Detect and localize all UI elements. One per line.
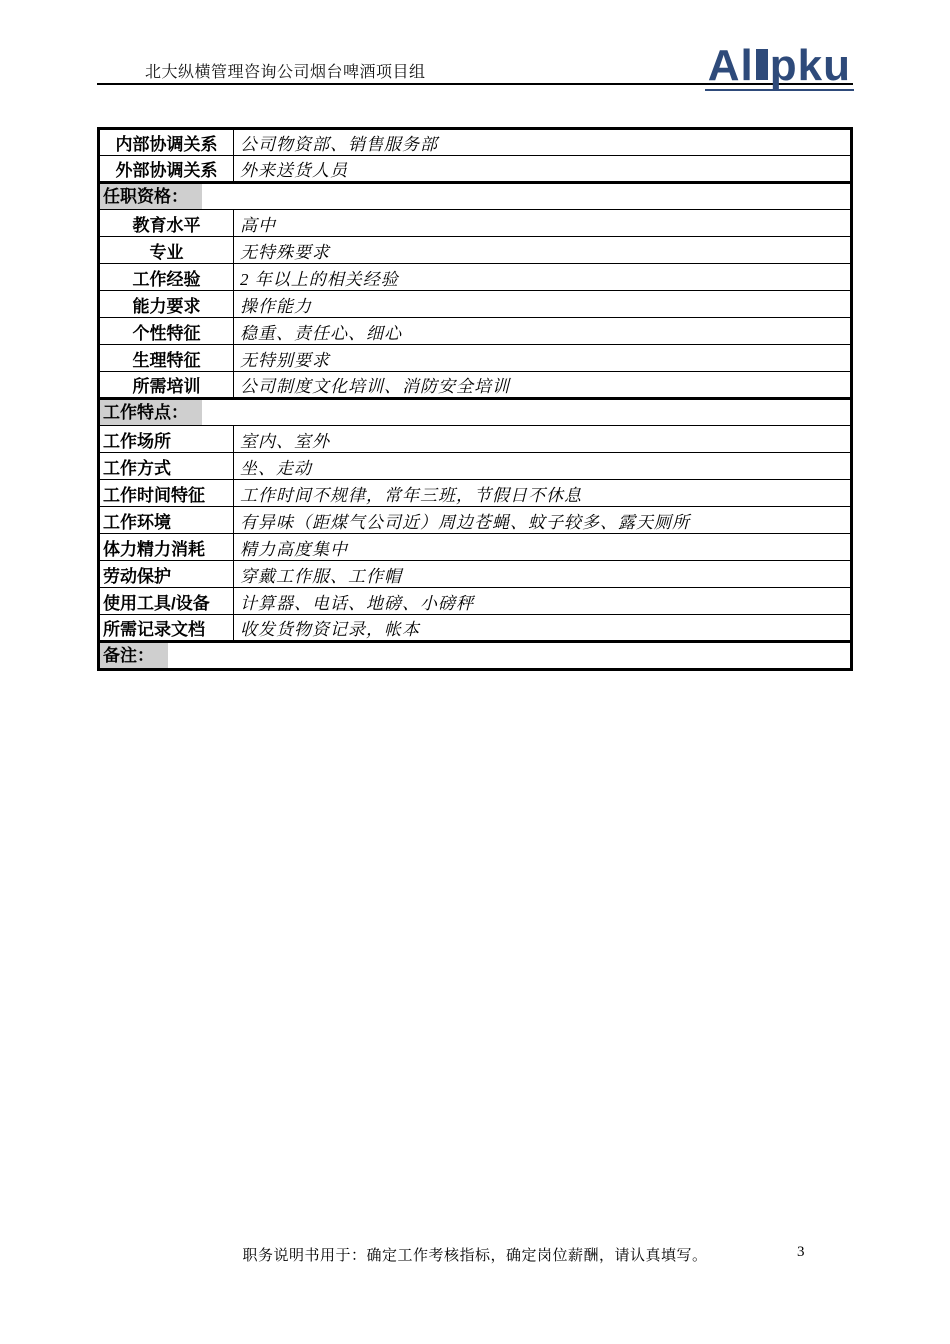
row-label: 工作环境 [99, 507, 234, 534]
row-value: 室内、室外 [234, 426, 852, 453]
row-label: 使用工具/设备 [99, 588, 234, 615]
table-row: 工作环境有异味（距煤气公司近）周边苍蝇、蚊子较多、露天厕所 [99, 507, 852, 534]
row-value: 公司制度文化培训、消防安全培训 [234, 372, 852, 399]
row-value: 坐、走动 [234, 453, 852, 480]
row-value: 2 年以上的相关经验 [234, 264, 852, 291]
logo-block-glyph [756, 49, 768, 80]
row-value: 稳重、责任心、细心 [234, 318, 852, 345]
logo-text-left: Al [708, 41, 754, 90]
row-value: 公司物资部、销售服务部 [234, 129, 852, 156]
section-header-label: 备注： [100, 643, 168, 668]
row-label: 所需培训 [99, 372, 234, 399]
job-table-body: 内部协调关系公司物资部、销售服务部外部协调关系外来送货人员任职资格：教育水平高中… [99, 129, 852, 670]
table-row: 生理特征无特别要求 [99, 345, 852, 372]
section-header-cell: 任职资格： [99, 183, 852, 210]
table-row: 能力要求操作能力 [99, 291, 852, 318]
footer-note: 职务说明书用于：确定工作考核指标，确定岗位薪酬，请认真填写。 [97, 1244, 853, 1265]
table-row: 所需记录文档收发货物资记录，帐本 [99, 615, 852, 642]
section-header-label: 工作特点： [100, 400, 202, 425]
row-label: 所需记录文档 [99, 615, 234, 642]
row-value: 无特别要求 [234, 345, 852, 372]
row-label: 个性特征 [99, 318, 234, 345]
row-value: 工作时间不规律，常年三班，节假日不休息 [234, 480, 852, 507]
row-label: 工作时间特征 [99, 480, 234, 507]
row-label: 能力要求 [99, 291, 234, 318]
row-value: 有异味（距煤气公司近）周边苍蝇、蚊子较多、露天厕所 [234, 507, 852, 534]
row-value: 穿戴工作服、工作帽 [234, 561, 852, 588]
table-row: 体力精力消耗精力高度集中 [99, 534, 852, 561]
row-value: 高中 [234, 210, 852, 237]
page-number: 3 [797, 1244, 805, 1261]
section-row: 备注： [99, 642, 852, 670]
page-header-title: 北大纵横管理咨询公司烟台啤酒项目组 [145, 59, 426, 82]
row-label: 工作方式 [99, 453, 234, 480]
row-label: 劳动保护 [99, 561, 234, 588]
table-row: 内部协调关系公司物资部、销售服务部 [99, 129, 852, 156]
section-header-cell: 工作特点： [99, 399, 852, 426]
table-row: 个性特征稳重、责任心、细心 [99, 318, 852, 345]
row-value: 操作能力 [234, 291, 852, 318]
row-label: 体力精力消耗 [99, 534, 234, 561]
table-row: 工作方式坐、走动 [99, 453, 852, 480]
section-row: 工作特点： [99, 399, 852, 426]
row-value: 精力高度集中 [234, 534, 852, 561]
row-label: 内部协调关系 [99, 129, 234, 156]
table-row: 劳动保护穿戴工作服、工作帽 [99, 561, 852, 588]
row-value: 外来送货人员 [234, 156, 852, 183]
table-row: 外部协调关系外来送货人员 [99, 156, 852, 183]
table-row: 工作经验2 年以上的相关经验 [99, 264, 852, 291]
table-row: 专业无特殊要求 [99, 237, 852, 264]
row-value: 计算器、电话、地磅、小磅秤 [234, 588, 852, 615]
row-label: 教育水平 [99, 210, 234, 237]
table-row: 所需培训公司制度文化培训、消防安全培训 [99, 372, 852, 399]
section-header-label: 任职资格： [100, 184, 202, 209]
row-label: 工作经验 [99, 264, 234, 291]
job-description-table: 内部协调关系公司物资部、销售服务部外部协调关系外来送货人员任职资格：教育水平高中… [97, 127, 853, 671]
row-label: 外部协调关系 [99, 156, 234, 183]
allpku-logo: Alpku [705, 44, 854, 91]
logo-text-right: pku [770, 41, 851, 90]
table-row: 工作时间特征工作时间不规律，常年三班，节假日不休息 [99, 480, 852, 507]
row-label: 专业 [99, 237, 234, 264]
row-value: 无特殊要求 [234, 237, 852, 264]
section-row: 任职资格： [99, 183, 852, 210]
section-header-cell: 备注： [99, 642, 852, 670]
row-value: 收发货物资记录，帐本 [234, 615, 852, 642]
table-row: 教育水平高中 [99, 210, 852, 237]
page-footer: 职务说明书用于：确定工作考核指标，确定岗位薪酬，请认真填写。 3 [97, 1244, 853, 1265]
table-row: 使用工具/设备计算器、电话、地磅、小磅秤 [99, 588, 852, 615]
table-row: 工作场所室内、室外 [99, 426, 852, 453]
row-label: 生理特征 [99, 345, 234, 372]
row-label: 工作场所 [99, 426, 234, 453]
